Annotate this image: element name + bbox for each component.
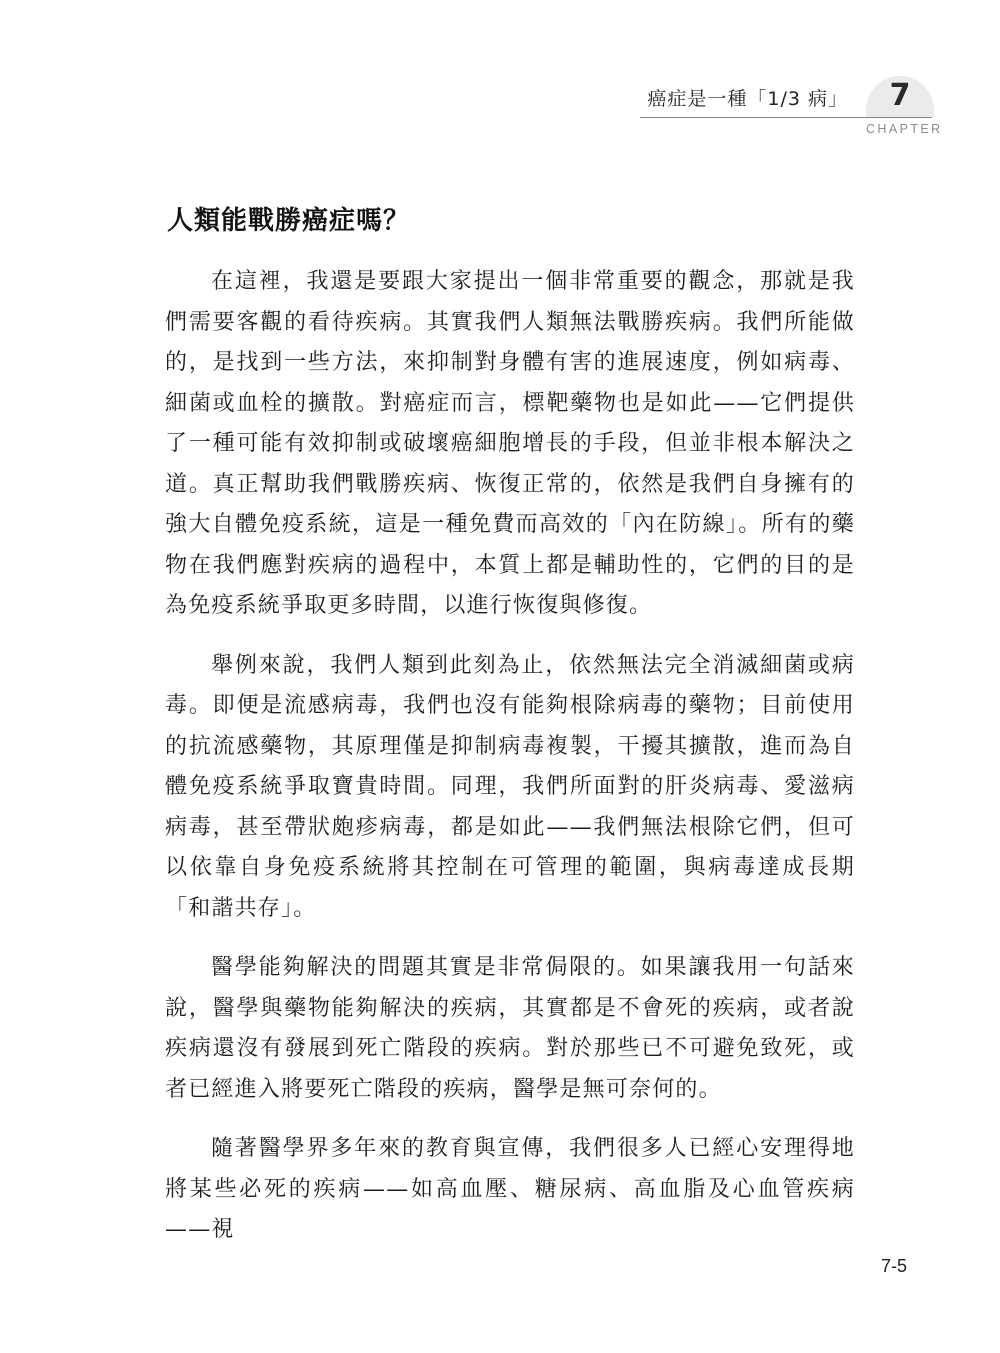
section-title: 人類能戰勝癌症嗎？: [167, 200, 410, 237]
running-header: 癌症是一種「1/3 病」 7 CHAPTER: [0, 0, 1000, 160]
paragraph: 隨著醫學界多年來的教育與宣傳，我們很多人已經心安理得地將某些必死的疾病——如高血…: [165, 1129, 855, 1251]
paragraph: 醫學能夠解決的問題其實是非常侷限的。如果讓我用一句話來說，醫學與藥物能夠解決的疾…: [165, 948, 855, 1110]
chapter-number: 7: [866, 78, 934, 114]
header-divider: [640, 117, 932, 118]
paragraph: 舉例來說，我們人類到此刻為止，依然無法完全消滅細菌或病毒。即便是流感病毒，我們也…: [165, 646, 855, 930]
chapter-title: 癌症是一種「1/3 病」: [647, 84, 848, 111]
page-number: 7-5: [881, 1256, 907, 1277]
chapter-label: CHAPTER: [866, 122, 943, 136]
body-text: 在這裡，我還是要跟大家提出一個非常重要的觀念，那就是我們需要客觀的看待疾病。其實…: [165, 262, 855, 1270]
paragraph: 在這裡，我還是要跟大家提出一個非常重要的觀念，那就是我們需要客觀的看待疾病。其實…: [165, 262, 855, 627]
